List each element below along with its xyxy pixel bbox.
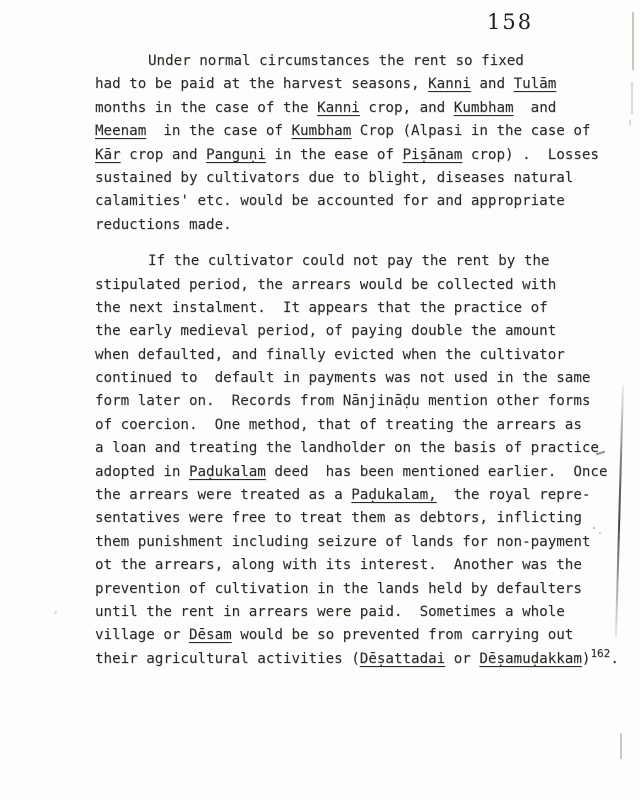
text-run: the early medieval period, of paying dou… [95,323,556,339]
scan-artifact-speck [54,611,57,614]
text-line: the next instalment. It appears that the… [95,297,600,320]
text-line: Under normal circumstances the rent so f… [95,50,600,73]
underlined-term: Kār [95,147,121,163]
underlined-term: Paḍukalam [189,464,266,480]
text-run: Crop (Alpasi in the case of [351,123,590,139]
text-run: them punishment including seizure of lan… [95,534,590,550]
text-run: a loan and treating the landholder on th… [95,440,599,456]
text-line: If the cultivator could not pay the rent… [95,250,600,273]
text-run: adopted in [95,464,189,480]
text-line: of coercion. One method, that of treatin… [95,414,600,437]
scan-artifact-speck [629,120,631,126]
paragraph: Under normal circumstances the rent so f… [95,50,600,237]
text-run: stipulated period, the arrears would be … [95,277,556,293]
text-run: crop and [121,147,206,163]
scan-artifact-edge-line [632,12,634,70]
footnote-reference: 162 [590,647,610,660]
underlined-term: Panguṇi [206,147,266,163]
text-run: deed has been mentioned earlier. Once [266,464,608,480]
text-run: . [610,651,619,667]
underlined-term: Meenam [95,123,146,139]
text-run: had to be paid at the harvest seasons, [95,76,428,92]
text-line: reductions made. [95,214,600,237]
underlined-term: Kumbham [291,123,351,139]
text-run: Under normal circumstances the rent so f… [148,53,524,69]
text-run: the next instalment. It appears that the… [95,300,548,316]
text-line: them punishment including seizure of lan… [95,531,600,554]
text-line: calamities' etc. would be accounted for … [95,190,600,213]
underlined-term: Tulām [514,76,557,92]
paragraph: If the cultivator could not pay the rent… [95,250,600,671]
text-run: of coercion. One method, that of treatin… [95,417,582,433]
text-run: ot the arrears, along with its interest.… [95,557,582,573]
text-line: months in the case of the Kanni crop, an… [95,97,600,120]
underlined-term: Piṣānam [403,147,463,163]
text-line: ot the arrears, along with its interest.… [95,554,600,577]
text-run: months in the case of the [95,100,317,116]
text-line: had to be paid at the harvest seasons, K… [95,73,600,96]
text-line: prevention of cultivation in the lands h… [95,578,600,601]
text-run: calamities' etc. would be accounted for … [95,193,565,209]
text-run: continued to default in payments was not… [95,370,590,386]
text-run: or [445,651,479,667]
text-line: the arrears were treated as a Paḍukalam,… [95,484,600,507]
text-run: If the cultivator could not pay the rent… [148,253,549,269]
underlined-term: Dēṣattadai [360,651,445,667]
text-line: adopted in Paḍukalam deed has been menti… [95,461,600,484]
text-run: the royal repre- [437,487,591,503]
text-run: until the rent in arrears were paid. Som… [95,604,565,620]
text-line: continued to default in payments was not… [95,367,600,390]
page-body: Under normal circumstances the rent so f… [95,50,600,671]
text-line: the early medieval period, of paying dou… [95,320,600,343]
underlined-term: Kanni [317,100,360,116]
text-line: village or Dēsam would be so prevented f… [95,624,600,647]
scan-artifact-edge-line [620,733,622,759]
text-run: and [471,76,514,92]
text-line: Kār crop and Panguṇi in the ease of Piṣā… [95,144,600,167]
text-run: the arrears were treated as a [95,487,351,503]
underlined-term: Paḍukalam, [351,487,436,503]
text-line: sentatives were free to treat them as de… [95,507,600,530]
text-run: reductions made. [95,217,232,233]
text-line: their agricultural activities (Dēṣattada… [95,648,600,671]
underlined-term: Dēsam [189,627,232,643]
text-line: stipulated period, the arrears would be … [95,274,600,297]
text-run: crop) . Losses [462,147,599,163]
text-run: when defaulted, and finally evicted when… [95,347,565,363]
text-line: form later on. Records from Nānjināḍu me… [95,390,600,413]
text-line: Meenam in the case of Kumbham Crop (Alpa… [95,120,600,143]
text-run: their agricultural activities ( [95,651,360,667]
page-number: 158 [487,10,533,34]
text-run: crop, and [360,100,454,116]
underlined-term: Kanni [428,76,471,92]
text-line: until the rent in arrears were paid. Som… [95,601,600,624]
text-run: prevention of cultivation in the lands h… [95,581,582,597]
document-page: 158 Under normal circumstances the rent … [0,0,640,800]
text-run: form later on. Records from Nānjināḍu me… [95,393,590,409]
text-run: village or [95,627,189,643]
text-line: sustained by cultivators due to blight, … [95,167,600,190]
text-run: in the ease of [266,147,403,163]
text-run: sustained by cultivators due to blight, … [95,170,573,186]
scan-artifact-edge-line [615,385,624,638]
text-run: would be so prevented from carrying out [232,627,574,643]
text-line: when defaulted, and finally evicted when… [95,344,600,367]
text-run: in the case of [146,123,291,139]
underlined-term: Dēṣamuḍakkam [479,651,582,667]
text-run: and [514,100,557,116]
scan-artifact-edge-line [631,82,633,114]
text-run: sentatives were free to treat them as de… [95,510,582,526]
text-line: a loan and treating the landholder on th… [95,437,600,460]
underlined-term: Kumbham [454,100,514,116]
